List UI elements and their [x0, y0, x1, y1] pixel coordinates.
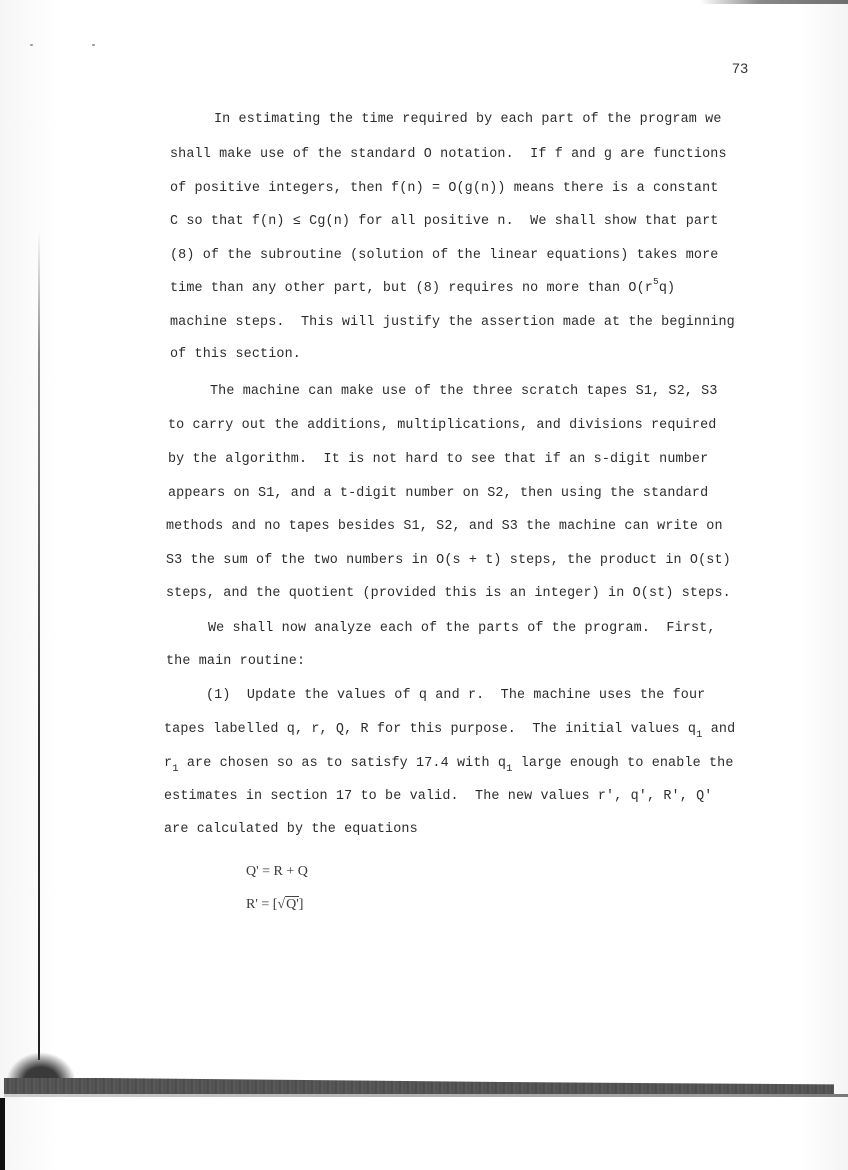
subscript-index: 1 [506, 763, 512, 775]
text-line: the main routine: [166, 654, 305, 670]
text-line: estimates in section 17 to be valid. The… [164, 789, 712, 805]
text-segment: large enough to enable the [513, 756, 734, 771]
text-line: In estimating the time required by each … [214, 112, 722, 128]
text-segment: time than any other part, but (8) requir… [170, 281, 653, 296]
text-line-with-superscript: time than any other part, but (8) requir… [170, 281, 675, 297]
scan-left-edge [0, 1098, 5, 1170]
scan-bottom-edge-shadow [4, 1094, 848, 1097]
text-line: We shall now analyze each of the parts o… [208, 621, 716, 637]
text-segment: tapes labelled q, r, Q, R for this purpo… [164, 722, 696, 737]
text-line: (8) of the subroutine (solution of the l… [170, 248, 718, 264]
equation-q-prime: Q' = R + Q [246, 864, 308, 880]
subscript-index: 1 [696, 729, 702, 741]
subscript-index: 1 [172, 763, 178, 775]
text-line: of positive integers, then f(n) = O(g(n)… [170, 181, 718, 197]
scan-bottom-edge-band [4, 1078, 834, 1094]
text-line-with-subscript: r1 are chosen so as to satisfy 17.4 with… [164, 756, 734, 772]
text-line: to carry out the additions, multiplicati… [168, 418, 716, 434]
binding-shadow-line [38, 230, 40, 1060]
equation-r-prime: R' = [√Q'] [246, 897, 303, 913]
text-segment: r [164, 756, 172, 771]
text-line: (1) Update the values of q and r. The ma… [206, 688, 705, 704]
text-line: by the algorithm. It is not hard to see … [168, 452, 708, 468]
scan-speck [30, 44, 33, 46]
scanned-page: 73 In estimating the time required by ea… [0, 0, 848, 1170]
text-line: are calculated by the equations [164, 822, 418, 838]
text-line: machine steps. This will justify the ass… [170, 315, 735, 331]
binding-shadow-flare [6, 1052, 76, 1082]
text-line: of this section. [170, 347, 301, 363]
radicand: Q' [285, 896, 299, 912]
superscript-exponent: 5 [653, 276, 659, 287]
scan-shadow-top [700, 0, 848, 4]
text-line-with-subscript: tapes labelled q, r, Q, R for this purpo… [164, 722, 735, 738]
scan-speck [92, 44, 95, 46]
text-line: C so that f(n) ≤ Cg(n) for all positive … [170, 214, 718, 230]
text-segment: and [703, 722, 736, 737]
equation-lhs: R' = [ [246, 897, 277, 912]
text-line: The machine can make use of the three sc… [210, 384, 718, 400]
page-number: 73 [732, 60, 749, 76]
text-line: steps, and the quotient (provided this i… [166, 586, 731, 602]
square-root-icon: √ [277, 897, 285, 912]
text-line: shall make use of the standard O notatio… [170, 147, 727, 163]
text-line: methods and no tapes besides S1, S2, and… [166, 519, 723, 535]
text-line: S3 the sum of the two numbers in O(s + t… [166, 553, 731, 569]
text-segment: q) [659, 281, 675, 296]
text-line: appears on S1, and a t-digit number on S… [168, 486, 708, 502]
text-segment: are chosen so as to satisfy 17.4 with q [179, 756, 506, 771]
equation-close-bracket: ] [299, 897, 304, 912]
